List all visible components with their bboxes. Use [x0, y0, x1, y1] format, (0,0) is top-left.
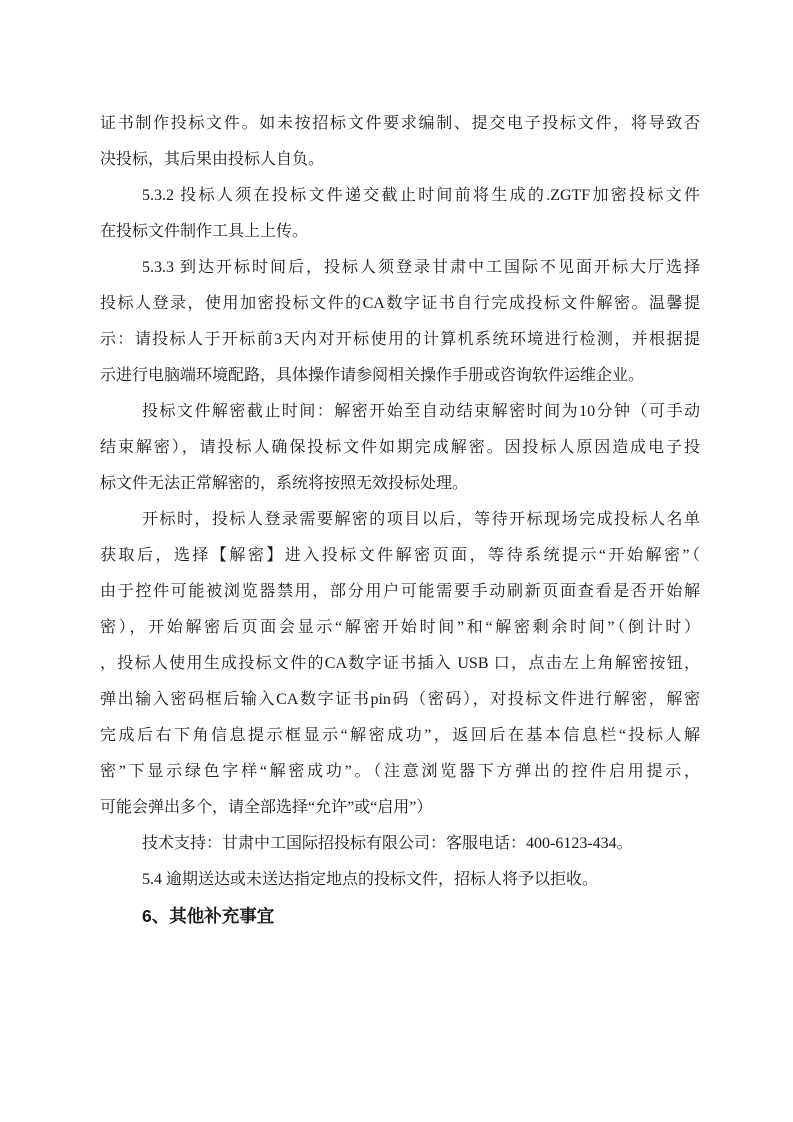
text-line: 结束解密），请投标人确保投标文件如期完成解密。因投标人原因造成电子投	[100, 430, 700, 466]
text-line: 弹出输入密码框后输入CA数字证书pin码（密码），对投标文件进行解密，解密	[100, 682, 700, 718]
text-line: ，投标人使用生成投标文件的CA数字证书插入 USB 口，点击左上角解密按钮，	[100, 646, 700, 682]
text-line: 6、其他补充事宜	[100, 898, 700, 934]
paragraph: 投标文件解密截止时间：解密开始至自动结束解密时间为10分钟（可手动结束解密），请…	[100, 394, 700, 502]
text-line: 投标人登录，使用加密投标文件的CA数字证书自行完成投标文件解密。温馨提	[100, 286, 700, 322]
text-line: 获取后，选择【解密】进入投标文件解密页面，等待系统提示“开始解密”（	[100, 538, 700, 574]
text-line: 由于控件可能被浏览器禁用，部分用户可能需要手动刷新页面查看是否开始解	[100, 574, 700, 610]
text-line: 密），开始解密后页面会显示“解密开始时间”和“解密剩余时间”（倒计时）	[100, 610, 700, 646]
text-line: 完成后右下角信息提示框显示“解密成功”，返回后在基本信息栏“投标人解	[100, 718, 700, 754]
text-line: 证书制作投标文件。如未按招标文件要求编制、提交电子投标文件，将导致否	[100, 106, 700, 142]
text-line: 示进行电脑端环境配路，具体操作请参阅相关操作手册或咨询软件运维企业。	[100, 358, 700, 394]
document-page: 证书制作投标文件。如未按招标文件要求编制、提交电子投标文件，将导致否决投标，其后…	[0, 0, 793, 1122]
paragraph: 5.4 逾期送达或未送达指定地点的投标文件，招标人将予以拒收。	[100, 862, 700, 898]
section-heading: 6、其他补充事宜	[100, 898, 700, 934]
text-line: 可能会弹出多个，请全部选择“允许”或“启用”）	[100, 790, 700, 826]
paragraph: 5.3.2 投标人须在投标文件递交截止时间前将生成的.ZGTF加密投标文件在投标…	[100, 178, 700, 250]
text-line: 技术支持：甘肃中工国际招投标有限公司：客服电话：400-6123-434。	[100, 826, 700, 862]
paragraph: 证书制作投标文件。如未按招标文件要求编制、提交电子投标文件，将导致否决投标，其后…	[100, 106, 700, 178]
paragraph: 开标时，投标人登录需要解密的项目以后，等待开标现场完成投标人名单获取后，选择【解…	[100, 502, 700, 826]
text-line: 在投标文件制作工具上上传。	[100, 214, 700, 250]
text-line: 标文件无法正常解密的，系统将按照无效投标处理。	[100, 466, 700, 502]
document-body: 证书制作投标文件。如未按招标文件要求编制、提交电子投标文件，将导致否决投标，其后…	[100, 106, 700, 934]
text-line: 5.4 逾期送达或未送达指定地点的投标文件，招标人将予以拒收。	[100, 862, 700, 898]
text-line: 密”下显示绿色字样“解密成功”。（注意浏览器下方弹出的控件启用提示，	[100, 754, 700, 790]
text-line: 开标时，投标人登录需要解密的项目以后，等待开标现场完成投标人名单	[100, 502, 700, 538]
text-line: 示：请投标人于开标前3天内对开标使用的计算机系统环境进行检测，并根据提	[100, 322, 700, 358]
paragraph: 5.3.3 到达开标时间后，投标人须登录甘肃中工国际不见面开标大厅选择投标人登录…	[100, 250, 700, 394]
text-line: 决投标，其后果由投标人自负。	[100, 142, 700, 178]
paragraph: 技术支持：甘肃中工国际招投标有限公司：客服电话：400-6123-434。	[100, 826, 700, 862]
text-line: 5.3.3 到达开标时间后，投标人须登录甘肃中工国际不见面开标大厅选择	[100, 250, 700, 286]
text-line: 投标文件解密截止时间：解密开始至自动结束解密时间为10分钟（可手动	[100, 394, 700, 430]
text-line: 5.3.2 投标人须在投标文件递交截止时间前将生成的.ZGTF加密投标文件	[100, 178, 700, 214]
